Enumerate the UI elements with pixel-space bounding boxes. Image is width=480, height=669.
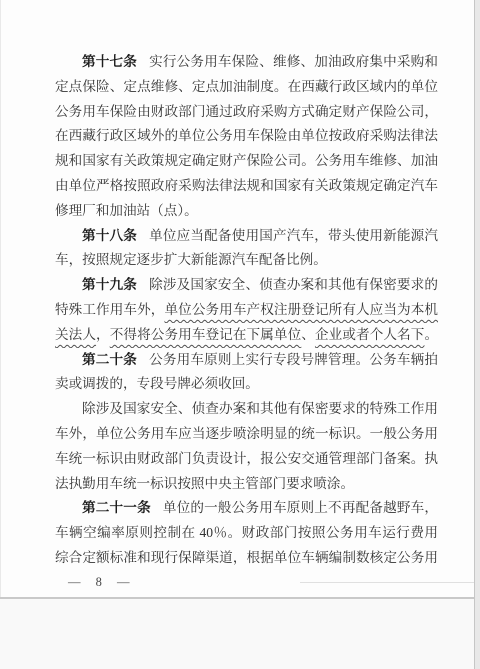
text-line: 第十八条单位应当配备使用国产汽车，带头使用新能源汽 <box>55 224 438 249</box>
text-line: 车辆空编率原则控制在 40％。财政部门按照公务用车运行费用 <box>55 521 438 546</box>
text-segment: 法执勤用车统一标识按照中央主管部门要求喷涂。 <box>55 476 354 491</box>
text-segment: 定点保险、定点维修、定点加油制度。在西藏行政区域内的单位 <box>55 79 438 94</box>
text-segment: 综合定额标准和现行保障渠道，根据单位车辆编制数核定公务用 <box>55 550 438 565</box>
text-line: 除涉及国家安全、侦查办案和其他有保密要求的特殊工作用 <box>55 397 438 422</box>
page-number: — 8 — <box>68 575 188 590</box>
text-body: 第十七条实行公务用车保险、维修、加油政府集中采购和定点保险、定点维修、定点加油制… <box>55 50 438 571</box>
text-segment: 特殊工作用车外， <box>55 302 164 317</box>
scan-fold-line <box>300 582 475 583</box>
text-segment: 除涉及国家安全、侦查办案和其他有保密要求的特殊工作用 <box>82 401 438 416</box>
paragraph: 除涉及国家安全、侦查办案和其他有保密要求的特殊工作用车外，单位公务用车应当逐步喷… <box>55 397 438 496</box>
text-segment: 卖或调拨的，专段号牌必须收回。 <box>55 376 259 391</box>
text-line: 法执勤用车统一标识按照中央主管部门要求喷涂。 <box>55 472 438 497</box>
page-left-edge <box>0 0 1 598</box>
text-line: 规和国家有关政策规定确定财产保险公司。公务用车维修、加油 <box>55 149 438 174</box>
paragraph: 第十八条单位应当配备使用国产汽车，带头使用新能源汽车，按照规定逐步扩大新能源汽车… <box>55 224 438 274</box>
text-line: 车外，单位公务用车应当逐步喷涂明显的统一标识。一般公务用 <box>55 422 438 447</box>
text-segment: 车外，单位公务用车应当逐步喷涂明显的统一标识。一般公务用 <box>55 426 438 441</box>
article-heading: 第二十一条 <box>82 500 151 515</box>
wavy-underlined-text: 关法人 <box>55 327 96 342</box>
text-line: 关法人，不得将公务用车登记在下属单位、企业或者个人名下。 <box>55 323 438 348</box>
wavy-underlined-text: 单位公务用车产权注册登记所有人应当为本机 <box>164 302 438 317</box>
text-line: 定点保险、定点维修、定点加油制度。在西藏行政区域内的单位 <box>55 75 438 100</box>
text-line: 公务用车保险由财政部门通过政府采购方式确定财产保险公司， <box>55 100 438 125</box>
text-line: 卖或调拨的，专段号牌必须收回。 <box>55 372 438 397</box>
paragraph: 第十七条实行公务用车保险、维修、加油政府集中采购和定点保险、定点维修、定点加油制… <box>55 50 438 224</box>
text-line: 综合定额标准和现行保障渠道，根据单位车辆编制数核定公务用 <box>55 546 438 571</box>
wavy-underlined-text: 不得将公务用车登记在下属单位 <box>110 327 302 342</box>
text-line: 第二十一条单位的一般公务用车原则上不再配备越野车， <box>55 496 438 521</box>
paragraph: 第二十条公务用车原则上实行专段号牌管理。公务车辆拍卖或调拨的，专段号牌必须收回。 <box>55 348 438 398</box>
text-line: 第十七条实行公务用车保险、维修、加油政府集中采购和 <box>55 50 438 75</box>
page-paper: 第十七条实行公务用车保险、维修、加油政府集中采购和定点保险、定点维修、定点加油制… <box>0 0 475 598</box>
text-segment: 除涉及国家安全、侦查办案和其他有保密要求的 <box>149 277 438 292</box>
text-segment: 、 <box>301 327 315 342</box>
paragraph: 第二十一条单位的一般公务用车原则上不再配备越野车，车辆空编率原则控制在 40％。… <box>55 496 438 570</box>
scanned-document: 第十七条实行公务用车保险、维修、加油政府集中采购和定点保险、定点维修、定点加油制… <box>0 0 480 669</box>
text-segment: ， <box>96 327 110 342</box>
text-segment: 公务用车原则上实行专段号牌管理。公务车辆拍 <box>149 352 438 367</box>
text-segment: 由单位严格按照政府采购法律法规和国家有关政策规定确定汽车 <box>55 178 438 193</box>
text-line: 第二十条公务用车原则上实行专段号牌管理。公务车辆拍 <box>55 348 438 373</box>
article-heading: 第二十条 <box>82 352 137 367</box>
text-segment: 公务用车保险由财政部门通过政府采购方式确定财产保险公司， <box>55 104 438 119</box>
scanner-background <box>475 0 480 669</box>
article-heading: 第十八条 <box>82 228 137 243</box>
page-bottom-edge <box>0 597 475 599</box>
text-line: 车，按照规定逐步扩大新能源汽车配备比例。 <box>55 248 438 273</box>
text-line: 特殊工作用车外，单位公务用车产权注册登记所有人应当为本机 <box>55 298 438 323</box>
text-segment: 规和国家有关政策规定确定财产保险公司。公务用车维修、加油 <box>55 153 438 168</box>
text-segment: 修理厂和加油站（点）。 <box>55 203 198 218</box>
text-segment: 。 <box>424 327 438 342</box>
text-line: 由单位严格按照政府采购法律法规和国家有关政策规定确定汽车 <box>55 174 438 199</box>
paragraph: 第十九条除涉及国家安全、侦查办案和其他有保密要求的特殊工作用车外，单位公务用车产… <box>55 273 438 347</box>
text-segment: 在西藏行政区域外的单位公务用车保险由单位按政府采购法律法 <box>55 128 438 143</box>
wavy-underlined-text: 企业或者个人名下 <box>315 327 424 342</box>
text-segment: 实行公务用车保险、维修、加油政府集中采购和 <box>149 54 438 69</box>
text-segment: 车辆空编率原则控制在 40％。财政部门按照公务用车运行费用 <box>55 525 438 540</box>
text-line: 第十九条除涉及国家安全、侦查办案和其他有保密要求的 <box>55 273 438 298</box>
text-line: 修理厂和加油站（点）。 <box>55 199 438 224</box>
text-segment: 单位应当配备使用国产汽车，带头使用新能源汽 <box>149 228 438 243</box>
text-segment: 单位的一般公务用车原则上不再配备越野车， <box>163 500 438 515</box>
article-heading: 第十七条 <box>82 54 137 69</box>
text-segment: 车，按照规定逐步扩大新能源汽车配备比例。 <box>55 252 327 267</box>
text-line: 车统一标识由财政部门负责设计，报公安交通管理部门备案。执 <box>55 447 438 472</box>
text-segment: 车统一标识由财政部门负责设计，报公安交通管理部门备案。执 <box>55 451 438 466</box>
text-line: 在西藏行政区域外的单位公务用车保险由单位按政府采购法律法 <box>55 124 438 149</box>
article-heading: 第十九条 <box>82 277 137 292</box>
